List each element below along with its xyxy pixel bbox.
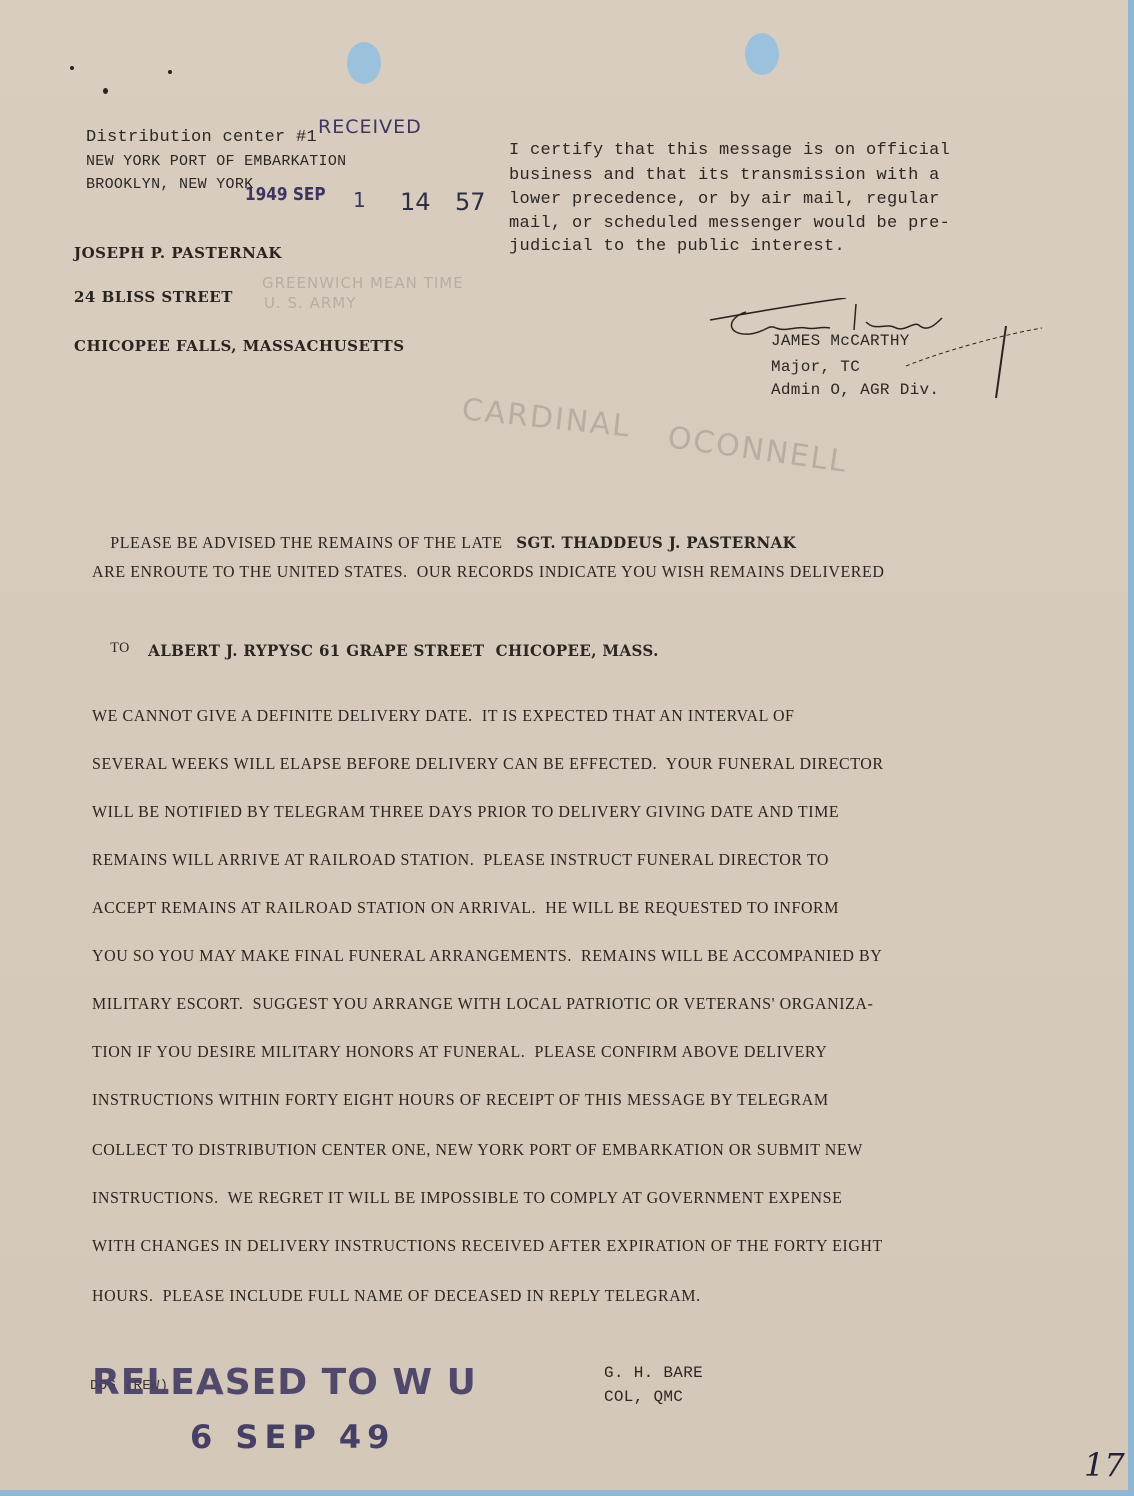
document-page: Distribution center #1 NEW YORK PORT OF … xyxy=(0,0,1128,1490)
received-stamp-date: 1949 SEP xyxy=(245,184,326,205)
punch-hole-right xyxy=(745,33,779,75)
ink-speck xyxy=(168,70,172,74)
addressee-name: JOSEPH P. PASTERNAK xyxy=(74,244,282,262)
ink-speck xyxy=(70,66,74,70)
addressee-street: 24 BLISS STREET xyxy=(74,288,233,306)
sender-line-2: NEW YORK PORT OF EMBARKATION xyxy=(86,153,346,170)
deceased-name: SGT. THADDEUS J. PASTERNAK xyxy=(516,533,796,552)
released-stamp: RELEASED TO W U xyxy=(92,1362,477,1403)
certifier-name: JAMES McCARTHY xyxy=(771,332,910,350)
signer-title: COL, QMC xyxy=(604,1388,683,1406)
delivery-address: ALBERT J. RYPYSC 61 GRAPE STREET CHICOPE… xyxy=(148,641,659,660)
paragraph-line-1: WE CANNOT GIVE A DEFINITE DELIVERY DATE.… xyxy=(92,706,795,726)
certification-line-1: I certify that this message is on offici… xyxy=(509,141,950,160)
certifier-title: Admin O, AGR Div. xyxy=(771,381,939,399)
certifier-rank: Major, TC xyxy=(771,358,860,376)
cardinal-stamp-line-2: OCONNELL xyxy=(666,420,851,480)
punch-hole-left xyxy=(347,42,381,84)
signer-name: G. H. BARE xyxy=(604,1364,703,1382)
sender-line-3: BROOKLYN, NEW YORK xyxy=(86,176,253,193)
gmt-stamp-line-1: GREENWICH MEAN TIME xyxy=(262,274,464,292)
paragraph-line-3: WILL BE NOTIFIED BY TELEGRAM THREE DAYS … xyxy=(92,802,839,822)
certification-line-3: lower precedence, or by air mail, regula… xyxy=(509,190,940,209)
certification-line-5: judicial to the public interest. xyxy=(509,237,845,256)
certification-line-2: business and that its transmission with … xyxy=(509,166,940,185)
message-line-2: ARE ENROUTE TO THE UNITED STATES. OUR RE… xyxy=(92,562,884,582)
paragraph-line-2: SEVERAL WEEKS WILL ELAPSE BEFORE DELIVER… xyxy=(92,754,884,774)
paragraph-line-12: WITH CHANGES IN DELIVERY INSTRUCTIONS RE… xyxy=(92,1236,883,1256)
message-line-3-prefix: TO xyxy=(110,640,130,656)
received-stamp-day: 1 xyxy=(353,188,366,212)
paragraph-line-9: INSTRUCTIONS WITHIN FORTY EIGHT HOURS OF… xyxy=(92,1090,829,1110)
certification-line-4: mail, or scheduled messenger would be pr… xyxy=(509,214,950,233)
cardinal-stamp-line-1: CARDINAL xyxy=(460,392,633,445)
scan-edge-bottom xyxy=(0,1490,1134,1496)
paragraph-line-10: COLLECT TO DISTRIBUTION CENTER ONE, NEW … xyxy=(92,1140,863,1160)
scan-edge-right xyxy=(1128,0,1134,1496)
released-date-stamp: 6 SEP 49 xyxy=(190,1418,395,1456)
received-stamp-hour: 14 xyxy=(400,188,431,216)
message-line-3: TO ALBERT J. RYPYSC 61 GRAPE STREET CHIC… xyxy=(92,620,659,681)
received-stamp-minute: 57 xyxy=(455,188,486,216)
paragraph-line-13: HOURS. PLEASE INCLUDE FULL NAME OF DECEA… xyxy=(92,1286,701,1306)
ink-speck xyxy=(103,88,108,94)
paragraph-line-11: INSTRUCTIONS. WE REGRET IT WILL BE IMPOS… xyxy=(92,1188,842,1208)
paragraph-line-5: ACCEPT REMAINS AT RAILROAD STATION ON AR… xyxy=(92,898,839,918)
paragraph-line-7: MILITARY ESCORT. SUGGEST YOU ARRANGE WIT… xyxy=(92,994,873,1014)
paragraph-line-4: REMAINS WILL ARRIVE AT RAILROAD STATION.… xyxy=(92,850,829,870)
addressee-city: CHICOPEE FALLS, MASSACHUSETTS xyxy=(74,337,405,355)
sender-line-1: Distribution center #1 xyxy=(86,128,317,147)
message-line-1-prefix: PLEASE BE ADVISED THE REMAINS OF THE LAT… xyxy=(110,533,502,552)
received-stamp-label: RECEIVED xyxy=(318,116,422,138)
page-number: 17 xyxy=(1084,1446,1125,1484)
paragraph-line-6: YOU SO YOU MAY MAKE FINAL FUNERAL ARRANG… xyxy=(92,946,882,966)
gmt-stamp-line-2: U. S. ARMY xyxy=(264,294,356,312)
paragraph-line-8: TION IF YOU DESIRE MILITARY HONORS AT FU… xyxy=(92,1042,827,1062)
